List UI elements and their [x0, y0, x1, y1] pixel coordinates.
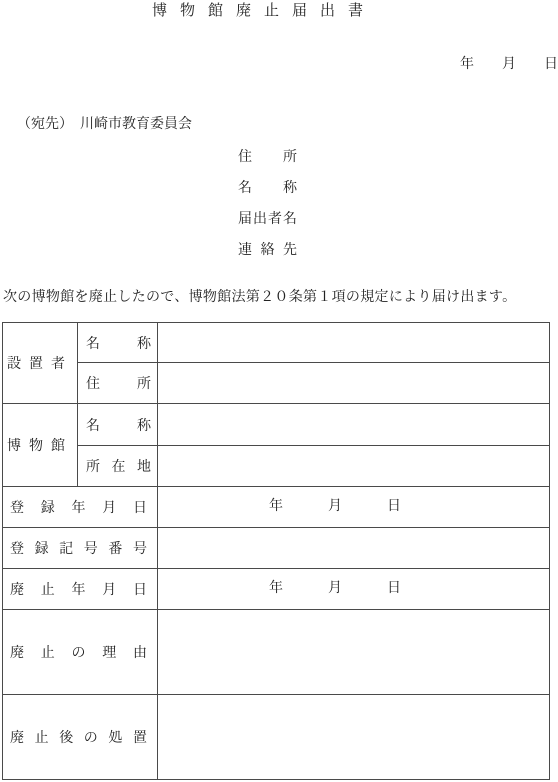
issue-date-line: 年 月 日	[460, 58, 558, 72]
installer-group-cell: 設置者	[3, 323, 78, 404]
installer-name-value-cell	[158, 323, 550, 363]
applicant-reporter-row: 届出者名	[238, 213, 297, 227]
registration-date-value-cell: 年 月 日	[158, 487, 550, 528]
issue-month-label: 月	[502, 58, 516, 72]
museum-group-label: 博物館	[7, 435, 65, 455]
installer-address-value-cell	[158, 363, 550, 404]
installer-address-label: 住所	[86, 373, 151, 393]
installer-name-label-cell: 名称	[78, 323, 158, 363]
museum-location-value-cell	[158, 446, 550, 487]
registration-day-label: 日	[387, 500, 401, 514]
applicant-name-label: 名称	[238, 182, 297, 196]
issue-day-label: 日	[544, 58, 558, 72]
abolition-reason-value-cell	[158, 610, 550, 695]
post-abolition-disposition-label: 廃止後の処置	[10, 727, 147, 747]
museum-name-label: 名称	[86, 415, 151, 435]
issue-year-label: 年	[460, 58, 474, 72]
applicant-name-row: 名称	[238, 182, 297, 196]
page-title: 博物館廃止届出書	[0, 4, 558, 19]
museum-name-label-cell: 名称	[78, 404, 158, 446]
registration-number-value-cell	[158, 528, 550, 569]
museum-location-label-cell: 所在地	[78, 446, 158, 487]
installer-group-label: 設置者	[7, 353, 65, 373]
applicant-contact-label: 連絡先	[238, 244, 297, 258]
abolition-month-label: 月	[328, 582, 342, 596]
post-abolition-disposition-label-cell: 廃止後の処置	[3, 695, 158, 780]
registration-date-label: 登録年月日	[10, 497, 147, 517]
registration-number-label: 登録記号番号	[10, 538, 147, 558]
form-table: 設置者 名称 住所 博物館 名称 所在地 登録年月日 年 月 日	[2, 322, 550, 780]
installer-address-label-cell: 住所	[78, 363, 158, 404]
applicant-address-label: 住所	[238, 151, 297, 165]
registration-month-label: 月	[328, 500, 342, 514]
registration-number-label-cell: 登録記号番号	[3, 528, 158, 569]
abolition-date-label-cell: 廃止年月日	[3, 569, 158, 610]
applicant-contact-row: 連絡先	[238, 244, 297, 258]
abolition-reason-label-cell: 廃止の理由	[3, 610, 158, 695]
registration-date-label-cell: 登録年月日	[3, 487, 158, 528]
addressee-line: （宛先） 川崎市教育委員会	[17, 117, 192, 133]
museum-location-label: 所在地	[86, 456, 151, 476]
abolition-date-label: 廃止年月日	[10, 579, 147, 599]
museum-group-cell: 博物館	[3, 404, 78, 487]
abolition-reason-label: 廃止の理由	[10, 642, 147, 662]
abolition-year-label: 年	[269, 582, 283, 596]
body-statement: 次の博物館を廃止したので、博物館法第２０条第１項の規定により届け出ます。	[3, 290, 516, 305]
museum-name-value-cell	[158, 404, 550, 446]
document-page: 博物館廃止届出書 年 月 日 （宛先） 川崎市教育委員会 住所 名称 届出者名 …	[0, 0, 558, 782]
abolition-day-label: 日	[387, 582, 401, 596]
abolition-date-value-cell: 年 月 日	[158, 569, 550, 610]
applicant-reporter-label: 届出者名	[238, 213, 297, 227]
applicant-block: 住所 名称 届出者名 連絡先	[238, 151, 297, 258]
applicant-address-row: 住所	[238, 151, 297, 165]
post-abolition-disposition-value-cell	[158, 695, 550, 780]
installer-name-label: 名称	[86, 333, 151, 353]
registration-year-label: 年	[269, 500, 283, 514]
